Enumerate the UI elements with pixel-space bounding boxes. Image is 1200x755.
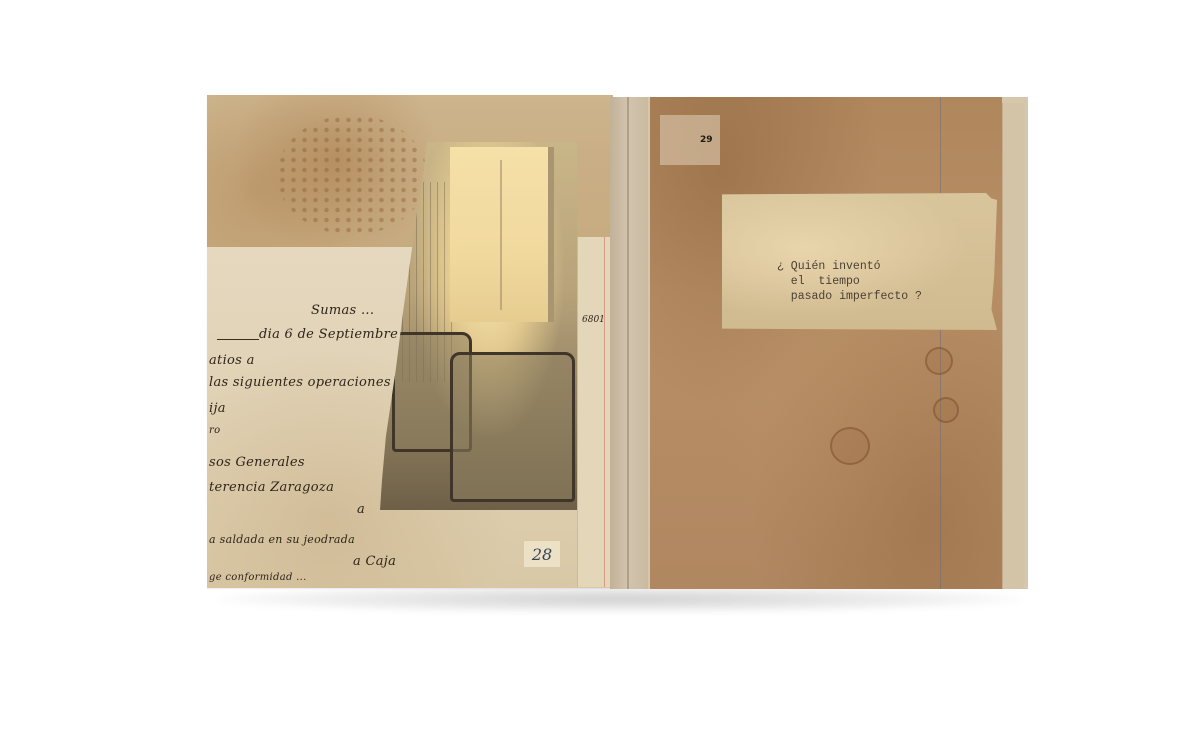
ring-stain [925, 347, 953, 375]
ledger-red-line [604, 237, 605, 587]
letter-line: a saldada en su jeodrada [209, 533, 355, 546]
stained-brown-paper: 29 [650, 97, 1002, 589]
letter-line: las siguientes operaciones [209, 375, 391, 390]
ruled-line [940, 97, 941, 589]
letter-line: atios a [209, 353, 255, 368]
typed-label: ¿ Quién inventó el tiempo pasado imperfe… [722, 193, 997, 330]
ring-stain [933, 397, 959, 423]
letter-line: ija [209, 401, 226, 416]
ring-stain [830, 427, 870, 465]
dotted-stain [277, 115, 427, 235]
window-frame [500, 160, 502, 310]
right-page: 29 [648, 97, 1028, 589]
letter-line: a Caja [353, 554, 396, 569]
typed-question: ¿ Quién inventó el tiempo pasado imperfe… [777, 259, 922, 304]
page-tag: 28 [523, 540, 561, 568]
letter-line: sos Generales [209, 455, 305, 470]
page-number: 29 [660, 115, 720, 165]
spine-fold [627, 97, 629, 589]
photo-window [450, 147, 554, 322]
letter-line: terencia Zaragoza [209, 480, 334, 495]
letter-line: a [357, 502, 365, 517]
handwritten-underline [217, 339, 259, 340]
letter-line: ge conformidad ... [209, 572, 307, 583]
page-edge [1002, 103, 1024, 589]
book-shadow [220, 585, 1020, 613]
ledger-number: 6801 [582, 315, 605, 325]
chair-right [450, 352, 575, 502]
typed-line: el tiempo [777, 275, 860, 288]
typed-line: pasado imperfecto ? [777, 290, 922, 303]
typed-line: ¿ Quién inventó [777, 260, 881, 273]
letter-line: dia 6 de Septiembre [259, 327, 398, 342]
letter-line: ro [209, 425, 220, 436]
letter-line: Sumas ... [311, 303, 374, 318]
